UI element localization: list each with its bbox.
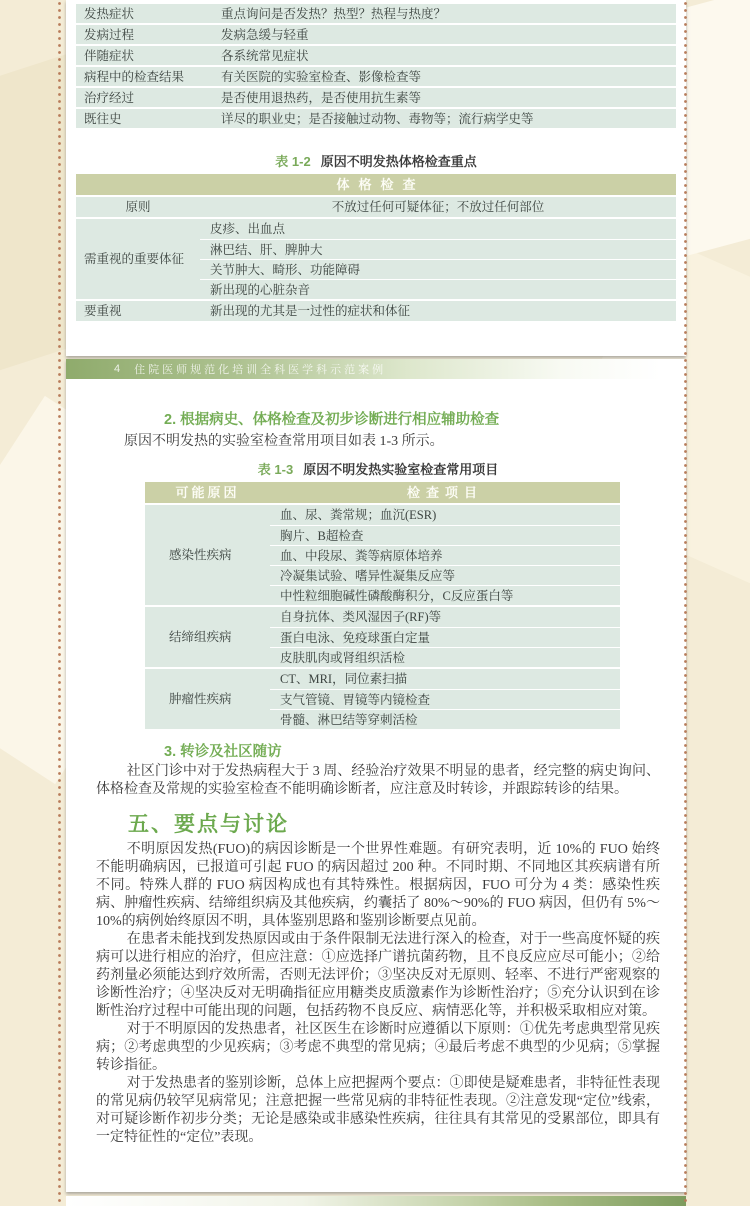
table-row: 发病过程 发病急缓与轻重 <box>76 25 676 44</box>
group-label: 肿瘤性疾病 <box>145 669 270 729</box>
group-label: 原则 <box>76 197 200 217</box>
table-cell-value: 各系统常见症状 <box>213 46 676 65</box>
table-cell-value: 是否使用退热药，是否使用抗生素等 <box>213 88 676 107</box>
table-1-3-caption: 表 1-3原因不明发热实验室检查常用项目 <box>96 461 660 479</box>
table-cell-value: 血、尿、粪常规；血沉(ESR) <box>270 505 620 525</box>
discussion-paragraph: 对于不明原因的发热患者，社区医生在诊断时应遵循以下原则：①优先考虑典型常见疾病；… <box>96 1021 660 1075</box>
table-cell-value: CT、MRI，同位素扫描 <box>270 669 620 689</box>
group-items: 皮疹、出血点 淋巴结、肝、脾肿大 关节肿大、畸形、功能障碍 新出现的心脏杂音 <box>200 219 676 299</box>
table-row: 治疗经过 是否使用退热药，是否使用抗生素等 <box>76 88 676 107</box>
table-cell-label: 发热症状 <box>76 4 213 23</box>
page-number: 4 <box>114 363 120 375</box>
stitch-border-left <box>57 0 62 1206</box>
section-2-heading: 2. 根据病史、体格检查及初步诊断进行相应辅助检查 <box>164 411 660 429</box>
group-items: 不放过任何可疑体征；不放过任何部位 <box>200 197 676 217</box>
discussion-paragraph: 对于发热患者的鉴别诊断，总体上应把握两个要点：①即使是疑难患者，非特征性表现的常… <box>96 1075 660 1147</box>
table-row: 发热症状 重点询问是否发热？热型？热程与热度？ <box>76 4 676 23</box>
table-cell-label: 病程中的检查结果 <box>76 67 213 86</box>
table-group-row: 感染性疾病 血、尿、粪常规；血沉(ESR) 胸片、B超检查 血、中段尿、粪等病原… <box>145 505 620 605</box>
discussion-paragraph: 在患者未能找到发热原因或由于条件限制无法进行深入的检查，对于一些高度怀疑的疾病可… <box>96 931 660 1021</box>
table-cell-value: 支气管镜、胃镜等内镜检查 <box>270 689 620 709</box>
section-2-intro: 原因不明发热的实验室检查常用项目如表 1-3 所示。 <box>96 433 660 451</box>
stitch-border-right <box>683 0 688 1206</box>
group-label: 要重视 <box>76 301 200 321</box>
table-cell-label: 发病过程 <box>76 25 213 44</box>
table-cell-value: 详尽的职业史；是否接触过动物、毒物等；流行病学史等 <box>213 109 676 128</box>
discussion-paragraph: 不明原因发热(FUO)的病因诊断是一个世界性难题。有研究表明，近 10%的 FU… <box>96 841 660 931</box>
table-group-row: 结缔组疾病 自身抗体、类风湿因子(RF)等 蛋白电泳、免疫球蛋白定量 皮肤肌肉或… <box>145 607 620 667</box>
table-cell-value: 中性粒细胞碱性磷酸酶积分，C反应蛋白等 <box>270 585 620 605</box>
table-1-2-caption: 表 1-2原因不明发热体格检查重点 <box>76 151 676 170</box>
group-items: 自身抗体、类风湿因子(RF)等 蛋白电泳、免疫球蛋白定量 皮肤肌肉或肾组织活检 <box>270 607 620 667</box>
table-cell-value: 冷凝集试验、嗜异性凝集反应等 <box>270 565 620 585</box>
table-cell-value: 重点询问是否发热？热型？热程与热度？ <box>213 4 676 23</box>
book-title: 住院医师规范化培训全科医学科示范案例 <box>134 361 386 377</box>
page-content: 2. 根据病史、体格检查及初步诊断进行相应辅助检查 原因不明发热的实验室检查常用… <box>66 411 686 1147</box>
table-cell-value: 不放过任何可疑体征；不放过任何部位 <box>200 197 676 217</box>
table-cell-value: 有关医院的实验室检查、影像检查等 <box>213 67 676 86</box>
table-cell-value: 发病急缓与轻重 <box>213 25 676 44</box>
page-previous: 发热症状 重点询问是否发热？热型？热程与热度？ 发病过程 发病急缓与轻重 伴随症… <box>66 0 686 356</box>
section-3-heading: 3. 转诊及社区随访 <box>164 743 660 761</box>
table-cell-value: 皮疹、出血点 <box>200 219 676 239</box>
group-items: CT、MRI，同位素扫描 支气管镜、胃镜等内镜检查 骨髓、淋巴结等穿刺活检 <box>270 669 620 729</box>
table-cell-label: 伴随症状 <box>76 46 213 65</box>
table-cell-value: 骨髓、淋巴结等穿刺活检 <box>270 709 620 729</box>
running-header: 4 住院医师规范化培训全科医学科示范案例 <box>66 359 686 379</box>
column-header-cause: 可能原因 <box>145 482 270 503</box>
table-row: 既往史 详尽的职业史；是否接触过动物、毒物等；流行病学史等 <box>76 109 676 128</box>
table-cell-label: 治疗经过 <box>76 88 213 107</box>
group-label: 感染性疾病 <box>145 505 270 605</box>
page-current: 4 住院医师规范化培训全科医学科示范案例 2. 根据病史、体格检查及初步诊断进行… <box>66 359 686 1192</box>
table-cell-value: 血、中段尿、粪等病原体培养 <box>270 545 620 565</box>
table-header-band: 体格检查 <box>76 174 676 195</box>
table-cell-value: 胸片、B超检查 <box>270 525 620 545</box>
table-1-3-lab-tests: 可能原因 检查项目 感染性疾病 血、尿、粪常规；血沉(ESR) 胸片、B超检查 … <box>145 482 620 729</box>
table-cell-value: 新出现的尤其是一过性的症状和体征 <box>200 301 676 321</box>
section-5-heading: 五、要点与讨论 <box>128 815 660 833</box>
table-title: 原因不明发热实验室检查常用项目 <box>303 462 498 477</box>
table-number: 表 1-3 <box>258 462 293 477</box>
group-items: 新出现的尤其是一过性的症状和体征 <box>200 301 676 321</box>
table-cell-label: 既往史 <box>76 109 213 128</box>
next-page-header-bar <box>66 1196 686 1206</box>
table-1-1-history-items: 发热症状 重点询问是否发热？热型？热程与热度？ 发病过程 发病急缓与轻重 伴随症… <box>76 4 676 128</box>
table-1-2-physical-exam: 体格检查 原则 不放过任何可疑体征；不放过任何部位 需重视的重要体征 皮疹、出血… <box>76 174 676 321</box>
group-label: 结缔组疾病 <box>145 607 270 667</box>
table-group-row: 原则 不放过任何可疑体征；不放过任何部位 <box>76 197 676 217</box>
table-cell-value: 自身抗体、类风湿因子(RF)等 <box>270 607 620 627</box>
group-items: 血、尿、粪常规；血沉(ESR) 胸片、B超检查 血、中段尿、粪等病原体培养 冷凝… <box>270 505 620 605</box>
table-cell-value: 淋巴结、肝、脾肿大 <box>200 239 676 259</box>
page-next-edge <box>66 1196 686 1206</box>
table-row: 病程中的检查结果 有关医院的实验室检查、影像检查等 <box>76 67 676 86</box>
table-group-row: 要重视 新出现的尤其是一过性的症状和体征 <box>76 301 676 321</box>
table-cell-value: 关节肿大、畸形、功能障碍 <box>200 259 676 279</box>
section-3-paragraph: 社区门诊中对于发热病程大于 3 周、经验治疗效果不明显的患者，经完整的病史询问、… <box>96 763 660 799</box>
table-cell-value: 新出现的心脏杂音 <box>200 279 676 299</box>
table-cell-value: 蛋白电泳、免疫球蛋白定量 <box>270 627 620 647</box>
table-header-row: 可能原因 检查项目 <box>145 482 620 503</box>
table-group-row: 需重视的重要体征 皮疹、出血点 淋巴结、肝、脾肿大 关节肿大、畸形、功能障碍 新… <box>76 219 676 299</box>
table-row: 伴随症状 各系统常见症状 <box>76 46 676 65</box>
table-group-row: 肿瘤性疾病 CT、MRI，同位素扫描 支气管镜、胃镜等内镜检查 骨髓、淋巴结等穿… <box>145 669 620 729</box>
book-scan-background: 发热症状 重点询问是否发热？热型？热程与热度？ 发病过程 发病急缓与轻重 伴随症… <box>0 0 750 1206</box>
group-label: 需重视的重要体征 <box>76 219 200 299</box>
table-title: 原因不明发热体格检查重点 <box>321 154 477 169</box>
column-header-tests: 检查项目 <box>270 482 620 503</box>
table-cell-value: 皮肤肌肉或肾组织活检 <box>270 647 620 667</box>
table-number: 表 1-2 <box>275 154 310 169</box>
